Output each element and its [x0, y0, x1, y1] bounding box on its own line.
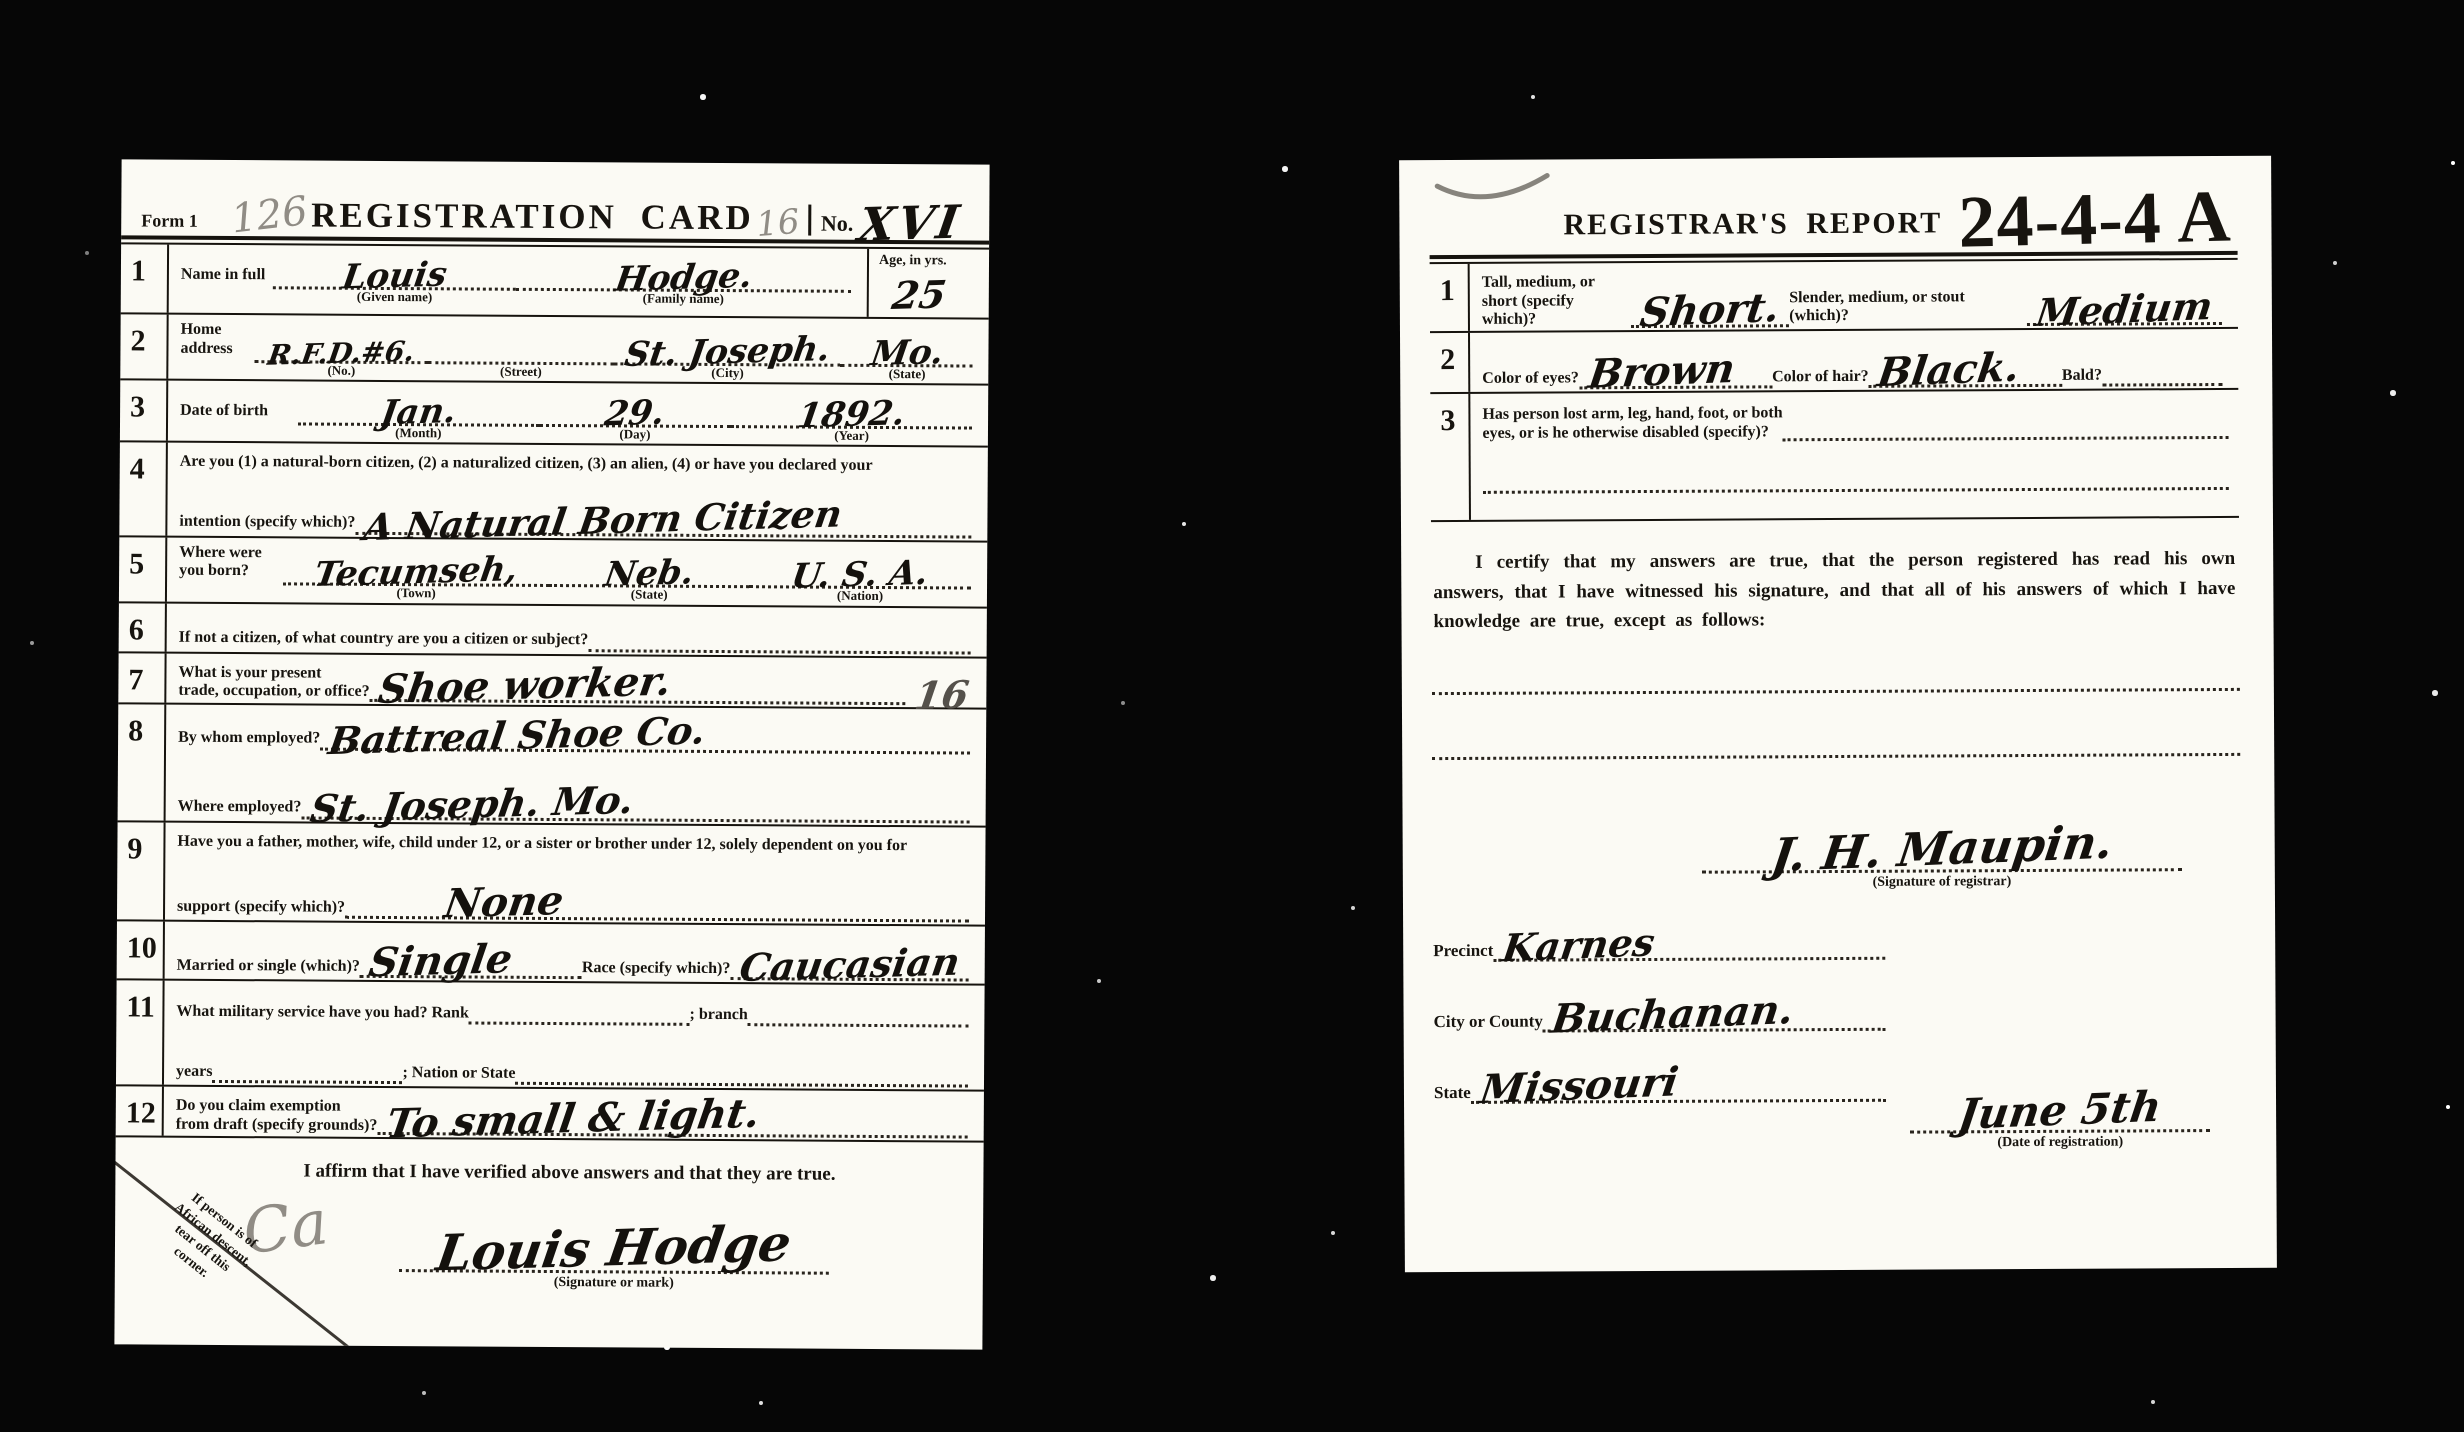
- field-number: 9: [117, 822, 166, 920]
- field-number: 6: [119, 603, 167, 651]
- field-number: 1: [121, 244, 169, 313]
- registrar-signature-block: J. H. Maupin. (Signature of registrar): [1699, 821, 2184, 893]
- exemption-label-line1: Do you claim exemption: [176, 1097, 378, 1117]
- hair-color-value: Black.: [1875, 344, 2023, 397]
- card-number-group: No. XVI: [808, 205, 963, 237]
- address-street-caption: (Street): [428, 364, 613, 379]
- disability-label: Has person lost arm, leg, hand, foot, or…: [1482, 405, 1782, 443]
- registration-date-block: June 5th (Date of registration): [1890, 1085, 2230, 1152]
- field-row-citizenship: 4 Are you (1) a natural-born citizen, (2…: [119, 443, 988, 543]
- affirmation-statement: I affirm that I have verified above answ…: [115, 1137, 983, 1186]
- build-label: Slender, medium, or stout (which)?: [1789, 288, 2027, 326]
- birth-day-segment: 29. (Day): [539, 389, 732, 442]
- exemption-label: Do you claim exemption from draft (speci…: [176, 1097, 378, 1135]
- report-row-coloring: 2 Color of eyes? Brown Color of hair? Bl…: [1430, 329, 2238, 394]
- disability-answer-line2: [1483, 487, 2229, 494]
- stray-pen-mark: [1427, 145, 1607, 216]
- birth-year-segment: 1892. (Year): [731, 390, 972, 444]
- pencil-serial-mark: 126: [229, 188, 310, 243]
- dependents-value: None: [441, 877, 566, 927]
- precinct-value: Karnes: [1500, 920, 1658, 971]
- pencil-number-mark: 16: [755, 202, 801, 245]
- field-number: 11: [116, 980, 165, 1084]
- field-number: 3: [1430, 394, 1471, 520]
- field-row-exemption: 12 Do you claim exemption from draft (sp…: [116, 1086, 984, 1142]
- citizenship-label-line1: Are you (1) a natural-born citizen, (2) …: [180, 453, 873, 474]
- military-years-line: [212, 1053, 402, 1084]
- field-number: 3: [120, 381, 168, 442]
- name-label: Name in full: [181, 266, 274, 285]
- eye-color-value: Brown: [1585, 345, 1737, 398]
- disability-label-line2: eyes, or is he otherwise disabled (speci…: [1482, 423, 1782, 443]
- registration-card: Form 1 126 REGISTRATION CARD 16 No. XVI …: [114, 159, 989, 1349]
- given-name-value: Louis: [340, 255, 450, 298]
- field-row-birth-date: 3 Date of birth Jan. (Month) 29. (Day) 1…: [120, 381, 988, 449]
- employer-value: Battreal Shoe Co.: [326, 707, 709, 763]
- registration-date-value: June 5th: [1955, 1082, 2164, 1139]
- report-row-disability: 3 Has person lost arm, leg, hand, foot, …: [1430, 390, 2239, 522]
- state-label: State: [1434, 1083, 1471, 1103]
- field-row-marital-race: 10 Married or single (which)? Single Rac…: [117, 921, 985, 985]
- military-nation-label: ; Nation or State: [402, 1064, 515, 1083]
- card-title: REGISTRATION CARD: [308, 198, 757, 236]
- age-label: Age, in yrs.: [879, 253, 981, 269]
- field-number: 2: [1430, 333, 1470, 392]
- trade-value: Shoe worker.: [375, 657, 674, 712]
- dependents-label-line2: support (specify which)?: [177, 897, 345, 916]
- address-no-value: R.F.D.#6.: [266, 335, 417, 372]
- address-state-value: Mo.: [868, 332, 946, 374]
- field-number: 1: [1430, 264, 1470, 331]
- field-number: 2: [120, 315, 168, 379]
- field-row-home-address: 2 Home address R.F.D.#6. (No.) (Street) …: [120, 315, 988, 386]
- exemption-label-line2: from draft (specify grounds)?: [176, 1115, 378, 1135]
- address-street-segment: (Street): [428, 326, 613, 379]
- address-city-segment: St. Joseph. (City): [613, 327, 842, 381]
- military-years-label: years: [176, 1062, 213, 1081]
- registrars-report-card: REGISTRAR'S REPORT 24-4-4 A 1 Tall, medi…: [1399, 156, 2277, 1273]
- report-title: REGISTRAR'S REPORT: [1563, 207, 1942, 243]
- birthplace-nation-segment: U. S. A. (Nation): [749, 551, 971, 605]
- card-number-value: XVI: [856, 204, 964, 244]
- report-row-build: 1 Tall, medium, or short (specify which)…: [1430, 260, 2238, 333]
- field-number: 5: [119, 537, 167, 601]
- birthplace-state-value: Neb.: [602, 553, 697, 595]
- age-value: 25: [889, 272, 949, 318]
- family-name-value: Hodge.: [612, 256, 755, 300]
- registrar-signature-value: J. H. Maupin.: [1768, 815, 2116, 883]
- military-nation-line: [515, 1055, 968, 1088]
- trade-label-line1: What is your present: [178, 664, 369, 684]
- state-value: Missouri: [1477, 1059, 1681, 1114]
- field-row-trade: 7 What is your present trade, occupation…: [118, 653, 986, 709]
- trade-label: What is your present trade, occupation, …: [178, 664, 369, 702]
- report-stamp-number: 24-4-4 A: [1958, 188, 2232, 253]
- dependents-label-line1: Have you a father, mother, wife, child u…: [177, 832, 907, 853]
- birthplace-label: Where were you born?: [179, 544, 283, 581]
- field-row-employer: 8 By whom employed? Battreal Shoe Co. Wh…: [118, 704, 987, 827]
- disability-answer-line1: [1783, 409, 2229, 441]
- field-number: 4: [119, 443, 168, 536]
- eye-color-label: Color of eyes?: [1482, 369, 1579, 388]
- hair-color-label: Color of hair?: [1772, 368, 1869, 387]
- city-county-line: City or County Buchanan.: [1433, 990, 1886, 1033]
- field-number: 7: [118, 653, 166, 702]
- registration-date-caption: (Date of registration): [1890, 1134, 2230, 1152]
- scan-noise-specks: [0, 0, 2, 2]
- height-label: Tall, medium, or short (specify which)?: [1482, 273, 1632, 329]
- height-label-line2: short (specify which)?: [1482, 292, 1631, 330]
- birthplace-town-value: Tecumseh,: [312, 550, 521, 596]
- military-rank-label: What military service have you had? Rank: [176, 1002, 469, 1022]
- bald-label: Bald?: [2062, 367, 2102, 386]
- birth-year-value: 1892.: [795, 393, 908, 436]
- height-value: Short.: [1638, 284, 1783, 337]
- military-rank-line: [469, 995, 690, 1026]
- precinct-line: Precinct Karnes: [1433, 921, 1886, 962]
- birth-day-value: 29.: [602, 393, 667, 435]
- exception-line2: [1432, 753, 2240, 760]
- form-number-label: Form 1: [141, 211, 198, 232]
- employment-place-label: Where employed?: [178, 798, 302, 817]
- field-row-birthplace: 5 Where were you born? Tecumseh, (Town) …: [119, 537, 987, 608]
- birth-month-value: Jan.: [378, 391, 459, 433]
- state-line: State Missouri: [1434, 1061, 1887, 1104]
- field-number: 10: [117, 921, 165, 978]
- field-row-military-service: 11 What military service have you had? R…: [116, 980, 985, 1091]
- race-label: Race (specify which)?: [582, 959, 731, 978]
- field-row-name: 1 Name in full Louis (Given name) Hodge.…: [121, 244, 989, 320]
- registration-card-header: Form 1 126 REGISTRATION CARD 16 No. XVI: [121, 159, 989, 240]
- address-no-segment: R.F.D.#6. (No.): [254, 325, 428, 378]
- registrar-certification: I certify that my answers are true, that…: [1431, 518, 2240, 637]
- age-box: Age, in yrs. 25: [867, 249, 989, 318]
- exemption-value: To small & light.: [383, 1090, 763, 1148]
- scanned-document-background: Form 1 126 REGISTRATION CARD 16 No. XVI …: [0, 0, 2464, 1432]
- birth-date-label: Date of birth: [180, 402, 298, 421]
- exception-line1: [1432, 688, 2240, 695]
- alien-citizenship-label: If not a citizen, of what country are yo…: [179, 629, 589, 650]
- given-name-segment: Louis (Given name): [273, 251, 516, 305]
- field-row-dependents: 9 Have you a father, mother, wife, child…: [117, 822, 986, 927]
- field-number: 12: [116, 1086, 164, 1135]
- marital-label: Married or single (which)?: [177, 956, 360, 976]
- marital-value: Single: [366, 935, 516, 986]
- card-number-label: No.: [821, 210, 854, 235]
- race-value: Caucasian: [736, 939, 962, 990]
- birthplace-nation-value: U. S. A.: [789, 553, 931, 597]
- address-state-segment: Mo. (State): [842, 329, 973, 382]
- city-county-label: City or County: [1434, 1011, 1543, 1031]
- field-number: 8: [118, 704, 167, 820]
- employer-label: By whom employed?: [178, 729, 320, 748]
- birth-month-segment: Jan. (Month): [298, 388, 539, 442]
- citizenship-label-line2: intention (specify which)?: [179, 513, 355, 532]
- height-label-line1: Tall, medium, or: [1482, 273, 1631, 292]
- trade-label-line2: trade, occupation, or office?: [178, 682, 369, 702]
- city-county-value: Buchanan.: [1549, 986, 1797, 1043]
- precinct-label: Precinct: [1433, 941, 1493, 961]
- birthplace-state-segment: Neb. (State): [549, 549, 749, 603]
- registrant-signature-value: Louis Hodge: [433, 1213, 795, 1282]
- field-row-alien-citizenship: 6 If not a citizen, of what country are …: [119, 603, 987, 658]
- registrant-signature-block: Ca Louis Hodge (Signature or mark): [115, 1215, 983, 1293]
- birthplace-town-segment: Tecumseh, (Town): [283, 548, 550, 602]
- family-name-segment: Hodge. (Family name): [516, 253, 851, 307]
- pencil-corner-initials: Ca: [239, 1185, 332, 1269]
- disability-label-line1: Has person lost arm, leg, hand, foot, or…: [1482, 405, 1782, 425]
- address-city-value: St. Joseph.: [622, 329, 833, 375]
- military-branch-label: ; branch: [689, 1005, 747, 1024]
- build-value: Medium: [2033, 283, 2215, 335]
- home-address-label: Home address: [180, 321, 254, 358]
- military-branch-line: [748, 996, 969, 1027]
